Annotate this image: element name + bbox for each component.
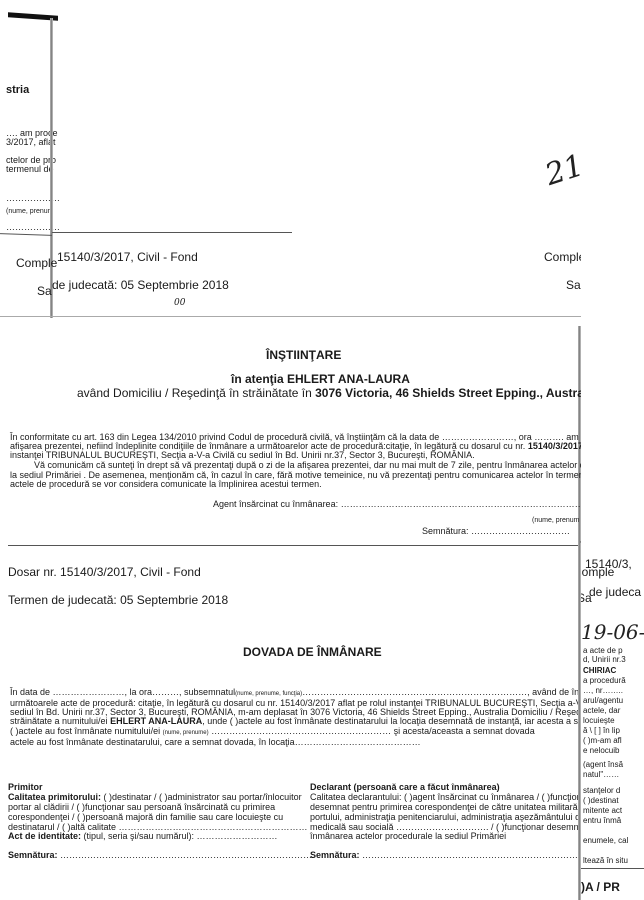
recipient-id-field: Act de identitate: (tipul, seria şi/sau …: [8, 831, 278, 841]
back-text-line: termenul de: [6, 164, 54, 174]
declarant-heading: Declarant (persoană care a făcut înmânar…: [310, 782, 500, 792]
notice-attention: în atenţia EHLERT ANA-LAURA: [231, 372, 410, 386]
sliver-text-fragment: a procedură: [583, 676, 626, 686]
sliver-text-fragment: locuieşte: [583, 716, 615, 726]
declarant-text-line: portului, administraţia penitenciarului,…: [310, 812, 593, 822]
sliver-text-fragment: natul"……: [583, 770, 619, 780]
notice-title: ÎNŞTIINŢARE: [266, 348, 341, 362]
handwritten-date: 19-06-: [581, 620, 644, 644]
handwritten-mark: 00: [174, 298, 185, 308]
text-run: ( )actele au fost înmânate numitului/ei: [10, 726, 163, 736]
notice-signature-field: Semnătura: ……………………………: [422, 526, 570, 536]
sliver-text-fragment: ( )destinat: [583, 796, 619, 806]
divider: [581, 868, 644, 869]
recipient-quality: Calitatea primitorului: ( )destinatar / …: [8, 792, 302, 802]
name-hint: (nume, prenum: [532, 517, 579, 524]
recipient-name: EHLERT ANA-LAURA: [110, 716, 202, 726]
divider: [0, 233, 52, 236]
dosar-number: 15140/3/2017: [528, 441, 583, 451]
agent-field: Agent însărcinat cu înmânarea: …………………………: [213, 499, 584, 509]
text-run: străinătate a numitului/ei: [10, 716, 110, 726]
dosar-fragment: 15140/3,: [585, 557, 632, 571]
page-fold-edge: [50, 18, 53, 318]
notice-text-line: actele de procedură se vor considera com…: [10, 479, 322, 489]
label: Act de identitate:: [8, 831, 81, 841]
declarant-text-line: Calitatea declarantului: ( )agent însărc…: [310, 792, 590, 802]
label: Semnătura:: [8, 850, 58, 860]
proof-text-line: actele au fost înmânate destinatarului, …: [10, 737, 421, 747]
sala-fragment: Sa: [37, 284, 52, 298]
divider: [8, 545, 578, 546]
declarant-text-line: desemnat pentru primirea corespondenţei …: [310, 802, 592, 812]
recipient-signature-field: Semnătura: …………………………………………………………………………: [8, 850, 312, 860]
sliver-text-fragment: enumele, cal: [583, 836, 628, 846]
complet-fragment: Comple: [16, 256, 57, 270]
text-run: …………………………………………………… şi acesta/aceasta a…: [209, 726, 535, 736]
text-run: În data de ……………………, la ora………, subsemna…: [10, 687, 235, 697]
proof-dosar: Dosar nr. 15140/3/2017, Civil - Fond: [8, 565, 201, 579]
back-title-fragment: stria: [6, 84, 29, 96]
declarant-signature-field: Semnătura: ……………………………………………………………………: [310, 850, 596, 860]
back-text-line: 3/2017, aflat: [6, 137, 56, 147]
sliver-text-fragment: ă \ [ ] în lip: [583, 726, 620, 736]
proof-termen: Termen de judecată: 05 Septembrie 2018: [8, 593, 228, 607]
text-run: ( )destinatar / ( )administrator sau por…: [101, 792, 302, 802]
sliver-text-fragment: d, Unirii nr.3: [583, 655, 626, 665]
address-prefix: având Domiciliu / Reşedinţă în străinăta…: [77, 386, 315, 400]
subscript-hint: (nume, prenume, funcţia): [235, 691, 302, 697]
notice-text-line: instanţei TRIBUNALUL BUCUREŞTI, Secţia a…: [10, 450, 475, 460]
sliver-text-fragment: CHIRIAC: [583, 666, 616, 676]
notice-text-line: Vă comunicăm că sunteţi în drept să vă p…: [34, 460, 605, 470]
sliver-text-fragment: …, nr……..: [583, 686, 623, 696]
termen-fragment: de judeca: [589, 585, 641, 599]
text-run: , unde ( )actele au fost înmânate destin…: [202, 716, 610, 726]
declarant-text-line: înmânarea actelor procedurale la sediul …: [310, 831, 506, 841]
address-value: 3076 Victoria, 46 Shields Street Epping.…: [315, 386, 597, 400]
page-edge: [0, 316, 640, 317]
proof-title: DOVADA DE ÎNMÂNARE: [243, 645, 382, 659]
proof-text-line: străinătate a numitului/ei EHLERT ANA-LA…: [10, 716, 610, 726]
page-fold-edge: [578, 545, 581, 900]
back-dosar: 15140/3/2017, Civil - Fond: [57, 250, 198, 264]
divider: [52, 232, 292, 233]
notice-address: având Domiciliu / Reşedinţă în străinăta…: [77, 386, 597, 400]
back-termen: de judecată: 05 Septembrie 2018: [52, 278, 229, 292]
text-run: …………………………………………………………………, având de în: [302, 687, 579, 697]
sliver-text-fragment: mitente act: [583, 806, 622, 816]
right-sliver: Comple 15140/3, Sa de judeca 19-06- a ac…: [581, 0, 644, 900]
label: Semnătura:: [310, 850, 360, 860]
back-name-hint: (nume, prenum: [6, 208, 53, 215]
subscript-hint: (nume, prenume): [163, 730, 209, 736]
sliver-text-fragment: actele, dar: [583, 706, 620, 716]
bottom-title-fragment: )A / PR: [581, 880, 620, 894]
sliver-text-fragment: entru înmâ: [583, 816, 621, 826]
label: Calitatea primitorului:: [8, 792, 101, 802]
sliver-text-fragment: ltează în situ: [583, 856, 628, 866]
recipient-heading: Primitor: [8, 782, 43, 792]
sliver-text-fragment: e nelocuib: [583, 746, 619, 756]
recipient-text-line: corespondenţei / ( )persoană majoră din …: [8, 812, 283, 822]
recipient-text-line: portar al clădirii / ( )funcţionar sau p…: [8, 802, 275, 812]
sliver-text-fragment: arul/agentu: [583, 696, 623, 706]
dots: …………………………………………………………………………: [58, 850, 313, 860]
sliver-text-fragment: stanţelor d: [583, 786, 620, 796]
dots: ……………………………………………………………………: [360, 850, 597, 860]
text-run: (tipul, seria şi/sau numărul): ………………………: [81, 831, 278, 841]
sliver-text-fragment: ( )m-am afl: [583, 736, 622, 746]
sliver-text-fragment: (agent însă: [583, 760, 623, 770]
